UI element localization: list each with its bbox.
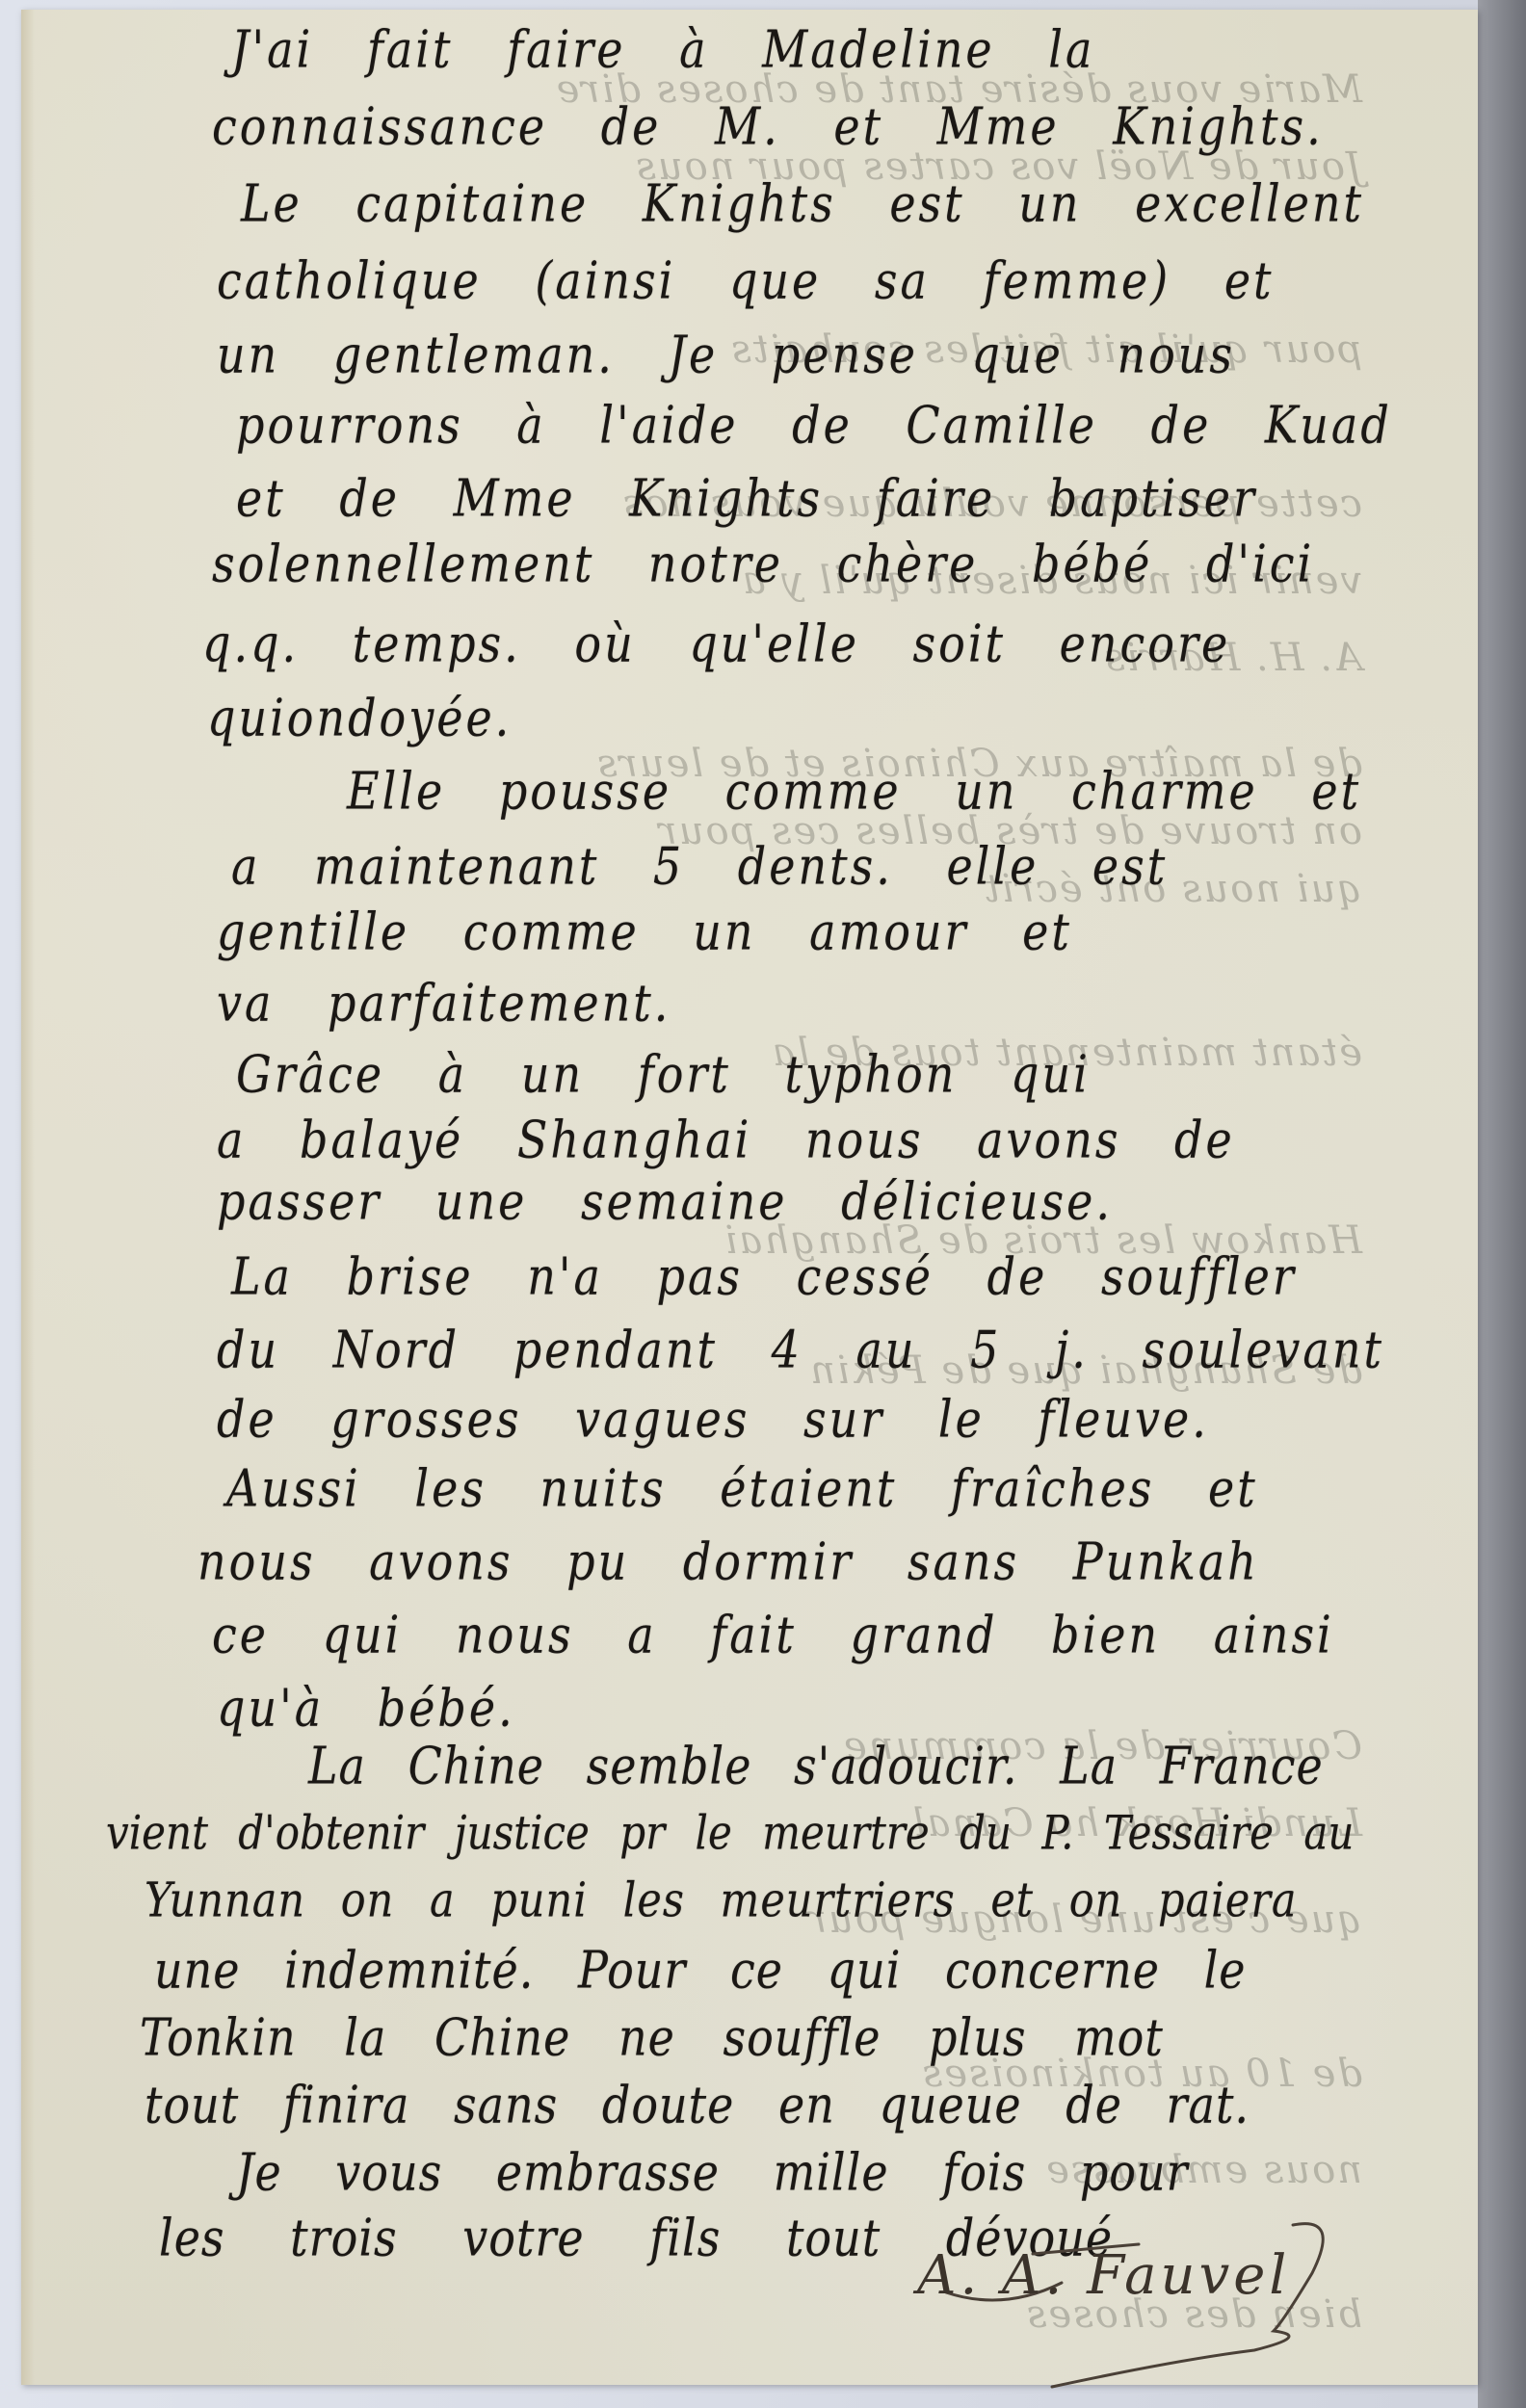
letter-line: gentille comme un amour et (217, 902, 1072, 961)
letter-line: J'ai fait faire à Madeline la (231, 19, 1094, 79)
letter-line: tout finira sans doute en queue de rat. (145, 2075, 1250, 2134)
letter-line: qu'à bébé. (217, 1678, 515, 1738)
backdrop-shadow-edge (1478, 0, 1526, 2408)
letter-line: de grosses vagues sur le fleuve. (217, 1389, 1209, 1449)
letter-line: une indemnité. Pour ce qui concerne le (154, 1940, 1247, 2000)
letter-line: nous avons pu dormir sans Punkah (197, 1531, 1259, 1591)
letter-line: Je vous embrasse mille fois pour (236, 2142, 1189, 2202)
letter-body: J'ai fait faire à Madeline la connaissan… (21, 10, 1478, 2385)
letter-line: va parfaitement. (217, 973, 671, 1033)
letter-line: quiondoyée. (207, 688, 512, 747)
letter-line: solennellement notre chère bébé d'ici (212, 534, 1314, 593)
letter-line: Elle pousse comme un charme et (347, 761, 1361, 821)
letter-line: a balayé Shanghai nous avons de (217, 1110, 1235, 1169)
letter-line: du Nord pendant 4 au 5 j. soulevant (217, 1320, 1384, 1379)
letter-line: Aussi les nuits étaient fraîches et (226, 1458, 1258, 1518)
letter-line: La Chine semble s'adoucir. La France (308, 1736, 1324, 1795)
letter-line: La brise n'a pas cessé de souffler (231, 1246, 1297, 1306)
letter-line: Le capitaine Knights est un excellent (241, 173, 1364, 233)
letter-line: ce qui nous a fait grand bien ainsi (212, 1605, 1334, 1664)
letter-line: connaissance de M. et Mme Knights. (212, 96, 1324, 156)
letter-paper: Marie vous désire tant de choses direJou… (21, 10, 1478, 2385)
signature: A. A. Fauvel (917, 2244, 1290, 2307)
letter-line: catholique (ainsi que sa femme) et (217, 250, 1275, 310)
letter-line: vient d'obtenir justice pr le meurtre du… (106, 1806, 1354, 1860)
letter-line: pourrons à l'aide de Camille de Kuad (236, 395, 1392, 455)
letter-line: a maintenant 5 dents. elle est (231, 836, 1168, 896)
letter-line: Yunnan on a puni les meurtriers et on pa… (145, 1873, 1298, 1929)
letter-line: et de Mme Knights faire baptiser (236, 468, 1257, 528)
letter-line: q.q. temps. où qu'elle soit encore (202, 614, 1230, 673)
letter-line: passer une semaine délicieuse. (217, 1171, 1113, 1231)
letter-line: Grâce à un fort typhon qui (236, 1044, 1091, 1104)
letter-line: un gentleman. Je pense que nous (217, 325, 1235, 384)
letter-line: Tonkin la Chine ne souffle plus mot (140, 2007, 1164, 2067)
